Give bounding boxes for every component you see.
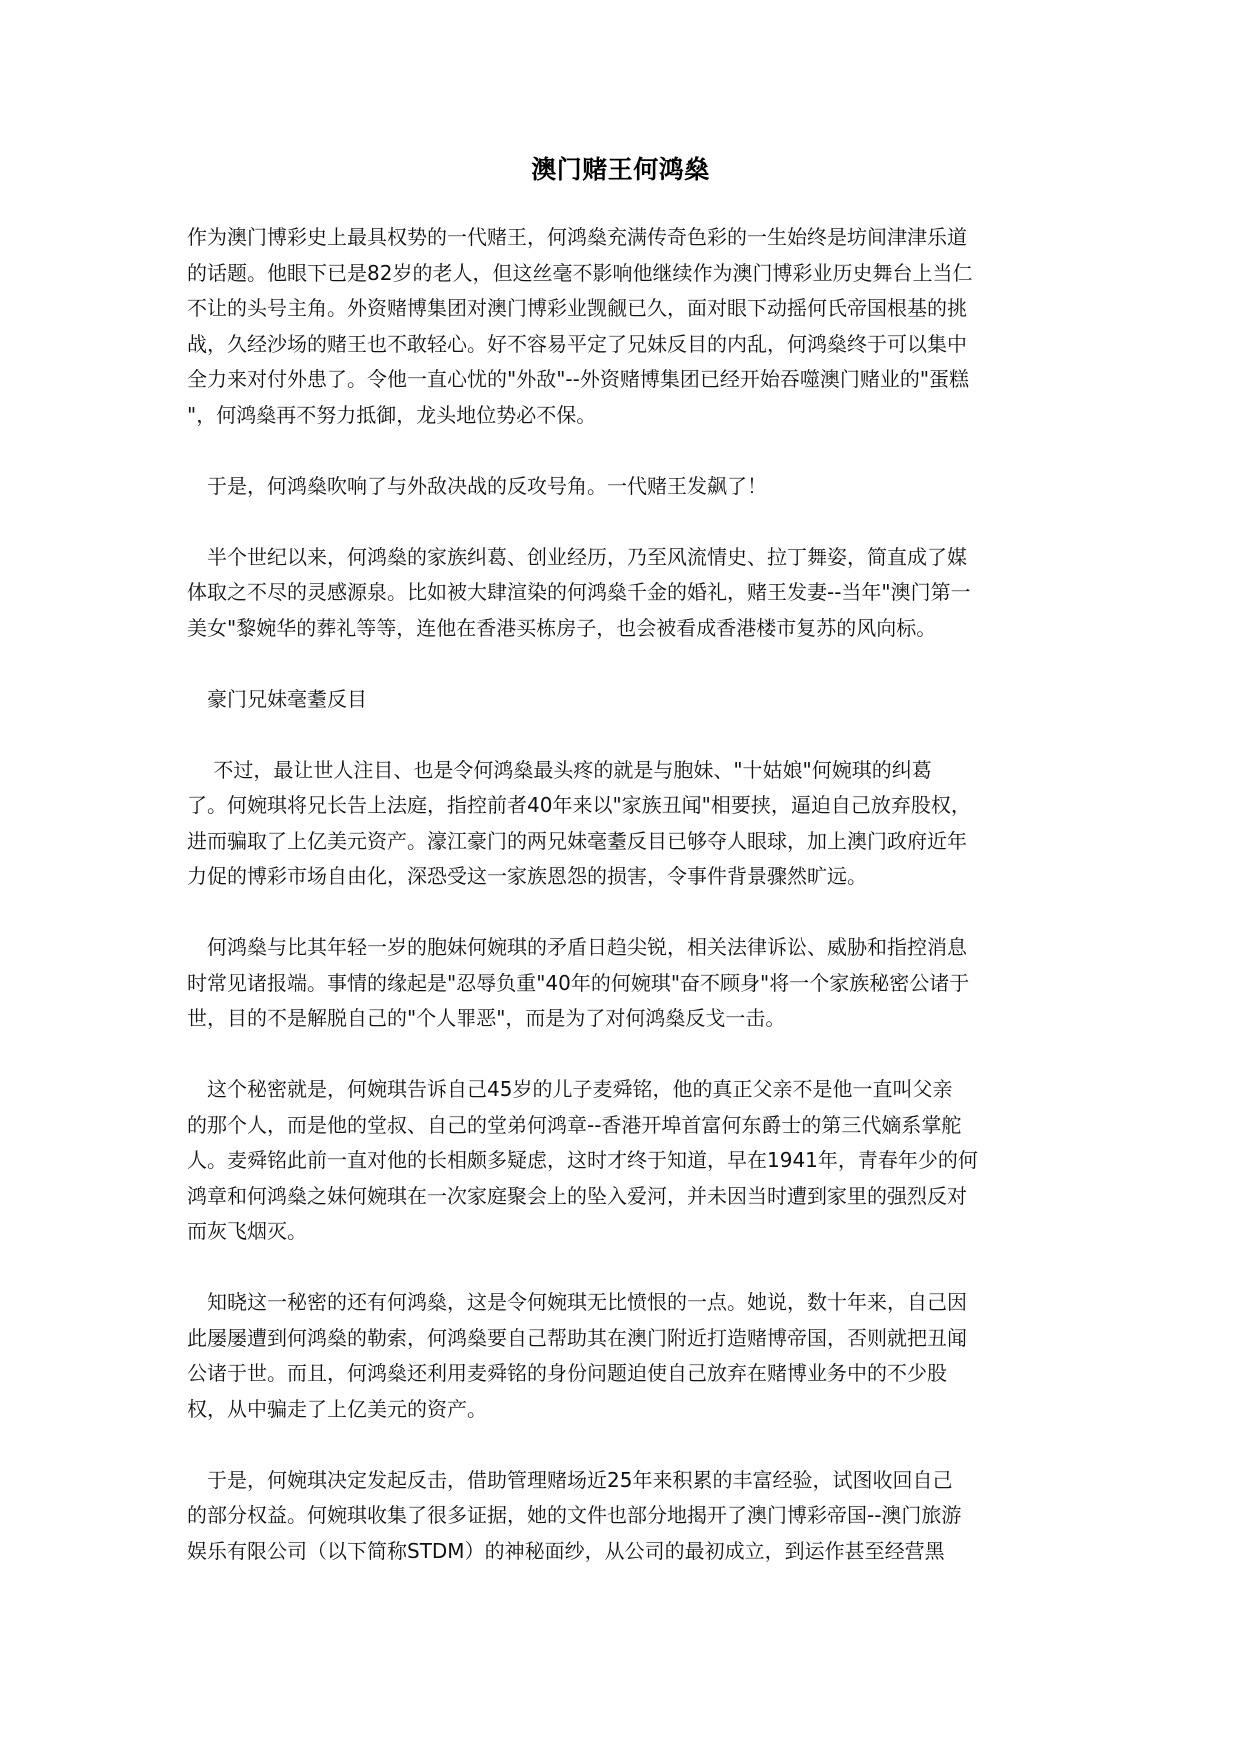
text-line: 的部分权益。何婉琪收集了很多证据，她的文件也部分地揭开了澳门博彩帝国--澳门旅游 — [187, 1498, 1057, 1534]
paragraph-gap — [187, 717, 1057, 753]
paragraph-secret: 这个秘密就是，何婉琪告诉自己45岁的儿子麦舜铭，他的真正父亲不是他一直叫父亲 的… — [187, 1072, 1057, 1250]
text-line: 世，目的不是解脱自己的"个人罪恶"，而是为了对何鸿燊反戈一击。 — [187, 1001, 1057, 1037]
paragraph-media: 半个世纪以来，何鸿燊的家族纠葛、创业经历，乃至风流情史、拉丁舞姿，简直成了媒 体… — [187, 540, 1057, 647]
paragraph-gap — [187, 646, 1057, 682]
paragraph-sibling-dispute: 不过，最让世人注目、也是令何鸿燊最头疼的就是与胞妹、"十姑娘"何婉琪的纠葛 了。… — [187, 753, 1057, 895]
paragraph-counterattack: 于是，何鸿燊吹响了与外敌决战的反攻号角。一代赌王发飙了！ — [187, 469, 1057, 505]
paragraph-gap — [187, 895, 1057, 931]
text-line: 公诸于世。而且，何鸿燊还利用麦舜铭的身份问题迫使自己放弃在赌博业务中的不少股 — [187, 1356, 1057, 1392]
text-line: 权，从中骗走了上亿美元的资产。 — [187, 1392, 1057, 1428]
document-body: 作为澳门博彩史上最具权势的一代赌王，何鸿燊充满传奇色彩的一生始终是坊间津津乐道 … — [187, 220, 1057, 1569]
text-line: 此屡屡遭到何鸿燊的勒索，何鸿燊要自己帮助其在澳门附近打造赌博帝国，否则就把丑闻 — [187, 1321, 1057, 1357]
text-line: 而灰飞烟灭。 — [187, 1214, 1057, 1250]
document-title: 澳门赌王何鸿燊 — [0, 152, 1241, 188]
text-line: 这个秘密就是，何婉琪告诉自己45岁的儿子麦舜铭，他的真正父亲不是他一直叫父亲 — [187, 1072, 1057, 1108]
text-line: 于是，何鸿燊吹响了与外敌决战的反攻号角。一代赌王发飙了！ — [187, 469, 1057, 505]
text-line: 人。麦舜铭此前一直对他的长相颇多疑虑，这时才终于知道，早在1941年，青春年少的… — [187, 1143, 1057, 1179]
text-line: 的那个人，而是他的堂叔、自己的堂弟何鸿章--香港开埠首富何东爵士的第三代嫡系掌舵 — [187, 1108, 1057, 1144]
paragraph-gap — [187, 1037, 1057, 1073]
text-line: 于是，何婉琪决定发起反击，借助管理赌场近25年来积累的丰富经验，试图收回自己 — [187, 1463, 1057, 1499]
text-line: 知晓这一秘密的还有何鸿燊，这是令何婉琪无比愤恨的一点。她说，数十年来，自己因 — [187, 1285, 1057, 1321]
paragraph-gap — [187, 1250, 1057, 1286]
text-line: 全力来对付外患了。令他一直心忧的"外敌"--外资赌博集团已经开始吞噬澳门赌业的"… — [187, 362, 1057, 398]
section-subheading: 豪门兄妹毫耋反目 — [187, 682, 1057, 718]
text-line: 娱乐有限公司（以下简称STDM）的神秘面纱，从公司的最初成立，到运作甚至经营黑 — [187, 1534, 1057, 1570]
text-line: 何鸿燊与比其年轻一岁的胞妹何婉琪的矛盾日趋尖锐，相关法律诉讼、威胁和指控消息 — [187, 930, 1057, 966]
text-line: 体取之不尽的灵感源泉。比如被大肆渲染的何鸿燊千金的婚礼，赌王发妻--当年"澳门第… — [187, 575, 1057, 611]
text-line: 时常见诸报端。事情的缘起是"忍辱负重"40年的何婉琪"奋不顾身"将一个家族秘密公… — [187, 966, 1057, 1002]
text-line: 的话题。他眼下已是82岁的老人，但这丝毫不影响他继续作为澳门博彩业历史舞台上当仁 — [187, 256, 1057, 292]
paragraph-gap — [187, 1427, 1057, 1463]
paragraph-conflict: 何鸿燊与比其年轻一岁的胞妹何婉琪的矛盾日趋尖锐，相关法律诉讼、威胁和指控消息 时… — [187, 930, 1057, 1037]
document-page: 澳门赌王何鸿燊 作为澳门博彩史上最具权势的一代赌王，何鸿燊充满传奇色彩的一生始终… — [0, 0, 1241, 1754]
text-line: 不让的头号主角。外资赌博集团对澳门博彩业觊觎已久，面对眼下动摇何氏帝国根基的挑 — [187, 291, 1057, 327]
text-line: 美女"黎婉华的葬礼等等，连他在香港买栋房子，也会被看成香港楼市复苏的风向标。 — [187, 611, 1057, 647]
text-line: "，何鸿燊再不努力抵御，龙头地位势必不保。 — [187, 398, 1057, 434]
text-line: 半个世纪以来，何鸿燊的家族纠葛、创业经历，乃至风流情史、拉丁舞姿，简直成了媒 — [187, 540, 1057, 576]
text-line: 进而骗取了上亿美元资产。濠江豪门的两兄妹毫耋反目已够夺人眼球，加上澳门政府近年 — [187, 824, 1057, 860]
paragraph-gap — [187, 433, 1057, 469]
text-line: 鸿章和何鸿燊之妹何婉琪在一次家庭聚会上的坠入爱河，并未因当时遭到家里的强烈反对 — [187, 1179, 1057, 1215]
text-line: 作为澳门博彩史上最具权势的一代赌王，何鸿燊充满传奇色彩的一生始终是坊间津津乐道 — [187, 220, 1057, 256]
text-line: 力促的博彩市场自由化，深恐受这一家族恩怨的损害，令事件背景骤然旷远。 — [187, 859, 1057, 895]
text-line: 了。何婉琪将兄长告上法庭，指控前者40年来以"家族丑闻"相要挟，逼迫自己放弃股权… — [187, 788, 1057, 824]
text-line: 不过，最让世人注目、也是令何鸿燊最头疼的就是与胞妹、"十姑娘"何婉琪的纠葛 — [187, 753, 1057, 789]
paragraph-blackmail: 知晓这一秘密的还有何鸿燊，这是令何婉琪无比愤恨的一点。她说，数十年来，自己因 此… — [187, 1285, 1057, 1427]
text-line: 战，久经沙场的赌王也不敢轻心。好不容易平定了兄妹反目的内乱，何鸿燊终于可以集中 — [187, 327, 1057, 363]
text-line: 豪门兄妹毫耋反目 — [187, 682, 1057, 718]
paragraph-intro: 作为澳门博彩史上最具权势的一代赌王，何鸿燊充满传奇色彩的一生始终是坊间津津乐道 … — [187, 220, 1057, 433]
paragraph-gap — [187, 504, 1057, 540]
paragraph-fightback: 于是，何婉琪决定发起反击，借助管理赌场近25年来积累的丰富经验，试图收回自己 的… — [187, 1463, 1057, 1570]
